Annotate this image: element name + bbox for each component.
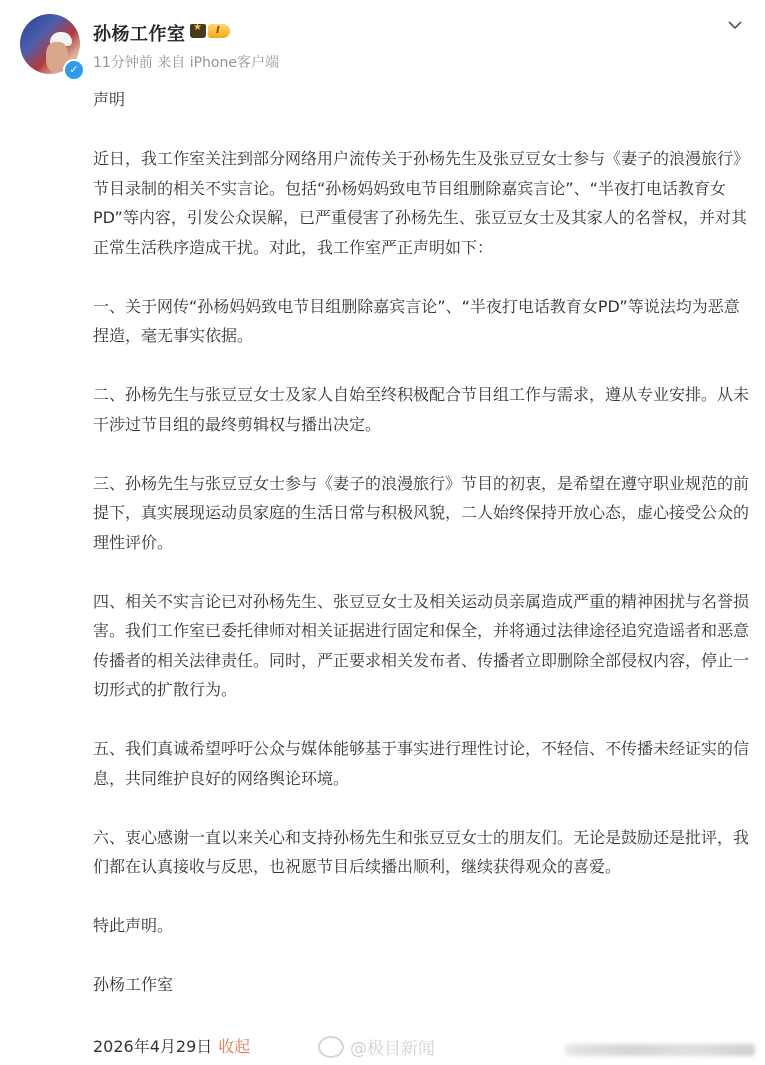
blurred-watermark: [565, 1044, 755, 1056]
member-badge[interactable]: I: [190, 22, 230, 40]
level-badge: I: [208, 24, 230, 38]
statement-title: 声明: [93, 85, 753, 115]
post-content: 声明 近日，我工作室关注到部分网络用户流传关于孙杨先生及张豆豆女士参与《妻子的浪…: [93, 85, 753, 1000]
collapse-link[interactable]: 收起: [218, 1034, 250, 1057]
statement-point-6: 六、衷心感谢一直以来关心和支持孙杨先生和张豆豆女士的朋友们。无论是鼓励还是批评，…: [93, 823, 753, 882]
statement-point-3: 三、孙杨先生与张豆豆女士参与《妻子的浪漫旅行》节目的初衷，是希望在遵守职业规范的…: [93, 469, 753, 558]
statement-point-4: 四、相关不实言论已对孙杨先生、张豆豆女士及相关运动员亲属造成严重的精神困扰与名誉…: [93, 587, 753, 705]
statement-point-2: 二、孙杨先生与张豆豆女士及家人自始至终积极配合节目组工作与需求，遵从专业安排。从…: [93, 380, 753, 439]
watermark: @极目新闻: [318, 1034, 435, 1059]
watermark-text: @极目新闻: [350, 1034, 435, 1059]
statement-intro: 近日，我工作室关注到部分网络用户流传关于孙杨先生及张豆豆女士参与《妻子的浪漫旅行…: [93, 144, 753, 262]
crown-icon: [190, 24, 206, 38]
post-footer: 2026年4月29日 收起: [93, 1034, 250, 1057]
post-meta: 11分钟前 来自 iPhone客户端: [93, 52, 279, 72]
chevron-down-icon[interactable]: [724, 14, 746, 36]
statement-signature: 孙杨工作室: [93, 970, 753, 1000]
statement-point-5: 五、我们真诚希望呼吁公众与媒体能够基于事实进行理性讨论，不轻信、不传播未经证实的…: [93, 734, 753, 793]
statement-point-1: 一、关于网传“孙杨妈妈致电节目组删除嘉宾言论”、“半夜打电话教育女PD”等说法均…: [93, 292, 753, 351]
statement-closing: 特此声明。: [93, 911, 753, 941]
verified-icon: ✓: [63, 59, 85, 81]
statement-date: 2026年4月29日: [93, 1034, 212, 1057]
weibo-logo-icon: [318, 1036, 344, 1058]
author-name[interactable]: 孙杨工作室: [93, 20, 186, 46]
